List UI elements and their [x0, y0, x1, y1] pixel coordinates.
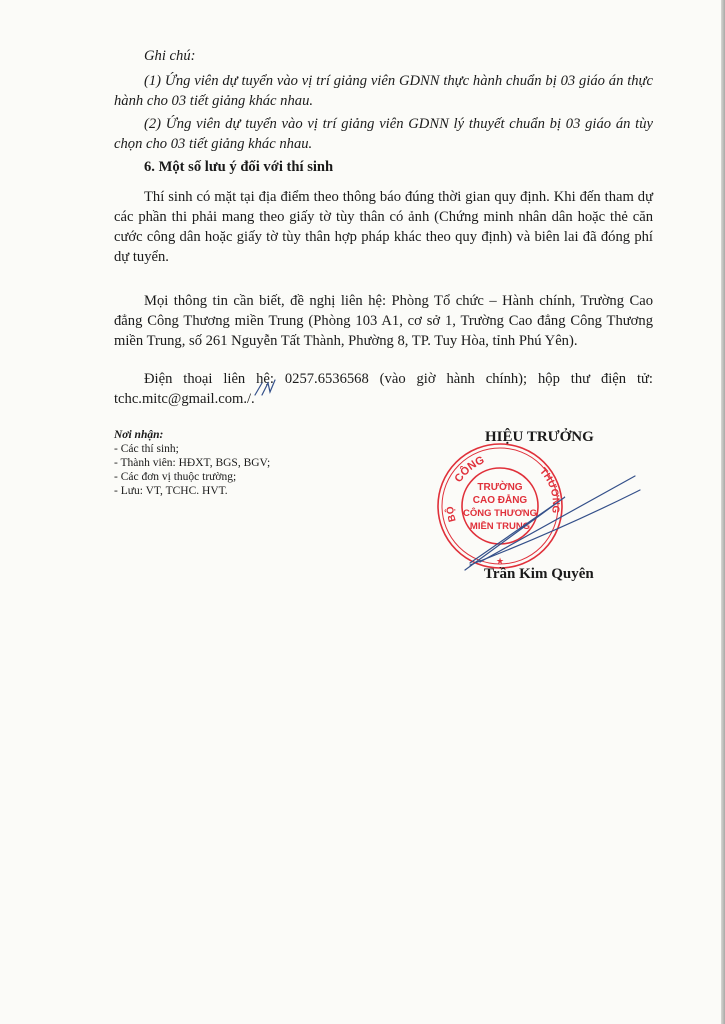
note-item-2: (2) Ứng viên dự tuyển vào vị trí giảng v… — [114, 114, 653, 154]
svg-text:CÔNG: CÔNG — [453, 454, 487, 485]
stamp-line-3: CÔNG THƯƠNG — [463, 507, 537, 519]
notes-label: Ghi chú: — [144, 46, 683, 66]
section-6-heading: 6. Một số lưu ý đối với thí sinh — [144, 157, 683, 177]
stamp-line-1: TRƯỜNG — [477, 480, 522, 493]
stamp-outer-left: BỘ — [443, 506, 459, 523]
stamp-outer-top: CÔNG — [453, 454, 487, 485]
section-6-paragraph-2: Mọi thông tin cần biết, đề nghị liên hệ:… — [114, 291, 653, 351]
section-6-paragraph-3: Điện thoại liên hệ: 0257.6536568 (vào gi… — [114, 369, 653, 409]
stamp-outer-right: THƯƠNG — [537, 466, 561, 514]
svg-text:THƯƠNG: THƯƠNG — [537, 466, 561, 514]
recipients-title: Nơi nhận: — [114, 428, 270, 442]
svg-text:BỘ: BỘ — [443, 506, 459, 523]
svg-text:★: ★ — [496, 556, 504, 566]
signer-name: Trần Kim Quyên — [484, 566, 594, 583]
recipient-item: - Các đơn vị thuộc trường; — [114, 470, 270, 484]
recipients-block: Nơi nhận: - Các thí sinh; - Thành viên: … — [114, 428, 270, 498]
stamp-line-2: CAO ĐẲNG — [473, 493, 528, 506]
note-item-1: (1) Ứng viên dự tuyển vào vị trí giảng v… — [114, 71, 653, 111]
recipient-item: - Thành viên: HĐXT, BGS, BGV; — [114, 456, 270, 470]
official-stamp: CÔNG BỘ THƯƠNG TRƯỜNG CAO ĐẲNG CÔNG THƯƠ… — [434, 440, 566, 572]
recipient-item: - Lưu: VT, TCHC. HVT. — [114, 484, 270, 498]
page-edge-shadow — [721, 0, 725, 1024]
stamp-line-4: MIỀN TRUNG — [470, 521, 530, 532]
recipient-item: - Các thí sinh; — [114, 442, 270, 456]
section-6-paragraph-1: Thí sinh có mặt tại địa điểm theo thông … — [114, 187, 653, 267]
document-page: Ghi chú: (1) Ứng viên dự tuyển vào vị tr… — [0, 0, 725, 1024]
